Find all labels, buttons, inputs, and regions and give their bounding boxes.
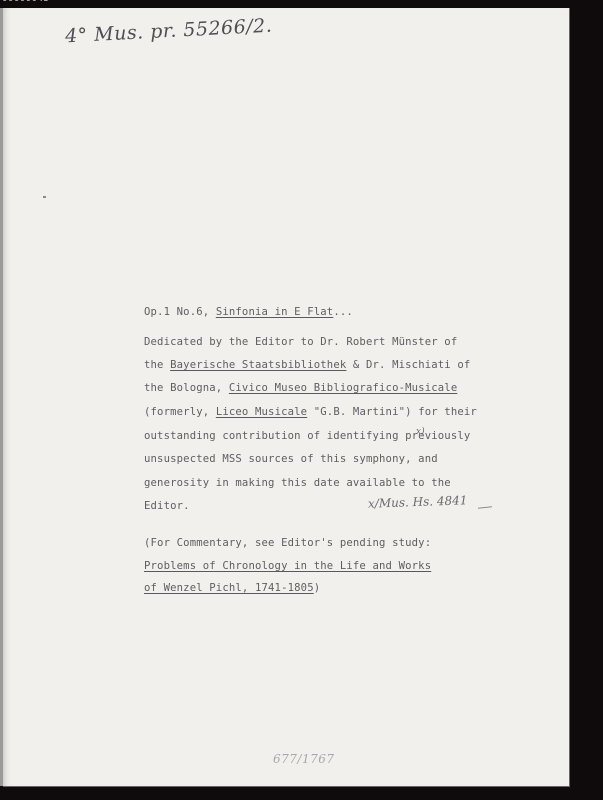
institution-liceo: Liceo Musicale (216, 406, 307, 418)
dedication-line-6: unsuspected MSS sources of this symphony… (144, 453, 438, 465)
study-title-end: of Wenzel Pichl, 1741-1805 (144, 582, 314, 594)
institution-bologna: Civico Museo Bibliografico-Musicale (229, 382, 457, 394)
text-segment: ) (314, 582, 321, 594)
text-segment: & Dr. Mischiati of (346, 359, 470, 371)
scan-id-label: 00000043 (2, 0, 49, 4)
commentary-line-1: (For Commentary, see Editor's pending st… (144, 537, 431, 549)
dedication-line-2: the Bayerische Staatsbibliothek & Dr. Mi… (144, 359, 470, 371)
dedication-line-8: Editor. (144, 500, 190, 512)
text-segment: (formerly, (144, 406, 216, 418)
footer-number-handwritten: 677/1767 (273, 752, 335, 766)
commentary-line-3: of Wenzel Pichl, 1741-1805) (144, 582, 320, 594)
commentary-line-2: Problems of Chronology in the Life and W… (144, 560, 431, 572)
dedication-line-7: generosity in making this date available… (144, 477, 451, 489)
text-segment: the Bologna, (144, 382, 229, 394)
scan-frame: 00000043 4° Mus. pr. 55266/2. Op.1 No.6,… (0, 0, 603, 800)
document-page (3, 8, 570, 787)
text-segment: "G.B. Martini") for their (307, 406, 477, 418)
text-segment: the (144, 359, 170, 371)
dedication-line-3: the Bologna, Civico Museo Bibliografico-… (144, 382, 457, 394)
heading-line: Op.1 No.6, Sinfonia in E Flat... (144, 306, 353, 318)
heading-title: Sinfonia in E Flat (216, 306, 334, 318)
footnote-mark-handwritten: x) (416, 427, 425, 437)
heading-prefix: Op.1 No.6, (144, 306, 216, 318)
heading-suffix: ... (333, 306, 353, 318)
dedication-line-1: Dedicated by the Editor to Dr. Robert Mü… (144, 336, 457, 348)
institution-bsb: Bayerische Staatsbibliothek (170, 359, 346, 371)
paper-speck (43, 196, 46, 198)
dedication-line-4: (formerly, Liceo Musicale "G.B. Martini"… (144, 406, 477, 418)
